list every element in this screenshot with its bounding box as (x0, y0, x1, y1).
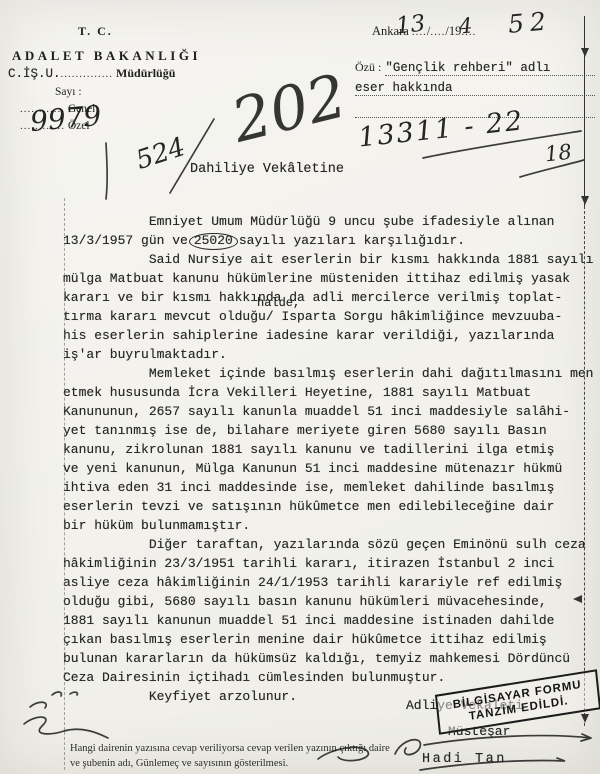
line-segment: tırma kararı mevcut olduğu/ (63, 309, 274, 324)
circled-number: 25020 (189, 233, 238, 250)
typewritten-line: Kanununun, 2657 sayılı kanunla muaddel 5… (63, 402, 594, 421)
typewritten-line: his eserlerin sahiplerine iadesine karar… (63, 326, 594, 345)
footnote-line2: ve şubenin adı, Günlemeç ve sayısının gö… (70, 757, 390, 772)
typewritten-line: olduğu gibi, 5680 sayılı basın kanunu hü… (63, 592, 594, 611)
typewritten-line: bir hüküm bulunmamıştır. (63, 516, 594, 535)
typewritten-line: Said Nursiye ait eserlerin bir kısmı hak… (63, 250, 594, 269)
typewritten-line: iş'ar buyrulmaktadır. (63, 345, 594, 364)
handwritten-outgoing-number: 524 (133, 132, 189, 176)
right-margin-dashed-line (584, 206, 585, 726)
typewritten-line: Memleket içinde basılmış eserlerin dahi … (63, 364, 594, 383)
arrow-left-icon (573, 595, 582, 603)
typewritten-line: etmek hususunda İcra Vekilleri Heyetine,… (63, 383, 594, 402)
scanned-letter-page: T. C. ADALET BAKANLIĞI C.İŞ.U...........… (0, 0, 600, 774)
typewritten-line: çıkan basılmış eserlerin menine dair hük… (63, 630, 594, 649)
salutation: Dahiliye Vekâletine (190, 162, 344, 177)
sayi-label: Sayı : (55, 86, 82, 98)
typewritten-line: mülga Matbuat kanunu hükümlerine müsteni… (63, 269, 594, 288)
bureau-printed-title: Müdürlüğü (116, 66, 175, 80)
left-margin-dashed-line (64, 198, 65, 770)
footnote: Hangi dairenin yazısına cevap veriliyors… (70, 742, 390, 771)
typewritten-line-with-circle: 13/3/1957 gün ve25020sayılı yazıları kar… (63, 231, 594, 250)
handwritten-ozel-number: 9979 (29, 99, 103, 138)
handwritten-year: 52 (507, 6, 553, 39)
paraf-stroke (30, 702, 46, 708)
inserted-word: halde, (257, 297, 300, 309)
typewritten-line: 1881 sayılı kanunun muaddel 51 inci madd… (63, 611, 594, 630)
letter-body: Emniyet Umum Müdürlüğü 9 uncu şube ifade… (63, 212, 594, 706)
handwritten-month: 4 (458, 13, 473, 38)
pen-stroke (106, 143, 107, 199)
subject-line1: "Gençlik rehberi" adlı (385, 61, 595, 76)
typewritten-line: ihtiva eden 31 inci maddesinde ise, meml… (63, 478, 594, 497)
handwritten-ref-denominator: 18 (544, 140, 573, 167)
subject-label: Özü : (355, 60, 385, 75)
letterhead-ministry: ADALET BAKANLIĞI (12, 48, 201, 64)
typewritten-line: yet tanınmış ise de, bilahare meriyete g… (63, 421, 594, 440)
handwritten-desk-number: 202 (225, 61, 353, 157)
arrow-down-icon (581, 48, 589, 57)
handwritten-day: 13 (395, 11, 427, 40)
paragraph-3: Memleket içinde basılmış eserlerin dahi … (63, 364, 594, 535)
typewritten-line: hâkimliğinin 23/3/1951 tarihli kararı, i… (63, 554, 594, 573)
signature-loop (395, 740, 420, 755)
signature-name: Hadi Tan (422, 752, 507, 767)
paragraph-2-head: Said Nursiye ait eserlerin bir kısmı hak… (63, 250, 594, 307)
typewritten-line: ve yeni kanunun, Mülga Kanunun 51 inci m… (63, 459, 594, 478)
typewritten-line: kararı ve bir kısmı hakkında da adli mer… (63, 288, 594, 307)
typewritten-line: asliye ceza hâkimliğinin 24/1/1953 tarih… (63, 573, 594, 592)
typewritten-line: eserlerin tevzi ve satışının hükûmetce m… (63, 497, 594, 516)
leader-dots: .... (430, 26, 445, 38)
line-segment: sayılı yazıları karşılığıdır. (239, 233, 465, 248)
arrow-down-icon (581, 714, 589, 723)
letterhead-tc: T. C. (78, 24, 113, 39)
typewritten-line: Diğer taraftan, yazılarında sözü geçen E… (63, 535, 594, 554)
line-segment: 13/3/1957 gün ve (63, 233, 188, 248)
right-margin-line (584, 16, 585, 206)
bureau-typed-code: C.İŞ.U. (8, 67, 61, 81)
paragraph-4: Diğer taraftan, yazılarında sözü geçen E… (63, 535, 594, 687)
footnote-line1: Hangi dairenin yazısına cevap veriliyors… (70, 742, 390, 757)
line-segment: Isparta Sorgu hâkimliğince mevzuuba- (274, 309, 563, 324)
leader-dots: .............. (61, 68, 114, 80)
paraf-stroke (24, 717, 108, 738)
typewritten-line-with-insertion: tırma kararı mevcut olduğu/halde, Ispart… (63, 307, 594, 326)
letterhead-bureau-line: C.İŞ.U............... Müdürlüğü (8, 66, 175, 81)
typewritten-line: Emniyet Umum Müdürlüğü 9 uncu şube ifade… (63, 212, 594, 231)
typewritten-line: kanunu, zikrolunan 1881 sayılı kanunu ve… (63, 440, 594, 459)
paragraph-2-tail: his eserlerin sahiplerine iadesine karar… (63, 326, 594, 364)
typewritten-line: bulunan kararların da hükümsüz kaldığı, … (63, 649, 594, 668)
subject-line2: eser hakkında (355, 81, 595, 96)
arrow-down-icon (581, 196, 589, 205)
